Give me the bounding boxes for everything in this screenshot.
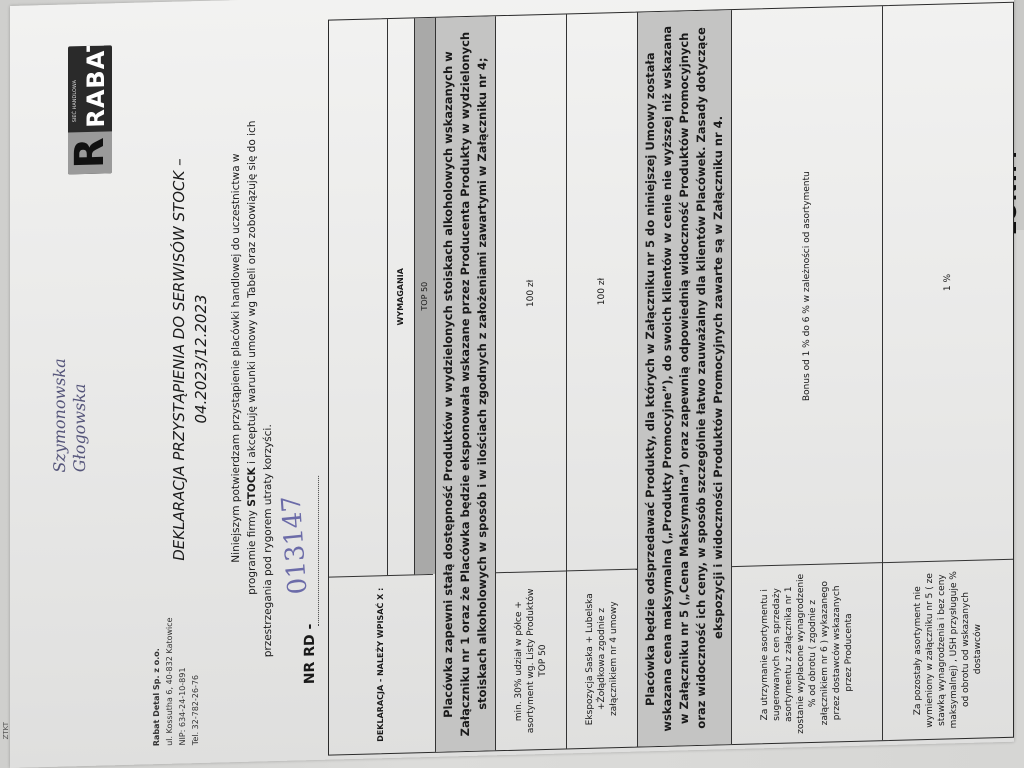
intro-line2: programie firmy STOCK i akceptuję warunk… bbox=[244, 57, 260, 657]
section1-text: Placówka zapewni stałą dostępność Produk… bbox=[436, 16, 495, 752]
company-phone: Tel. 32-782-26-76 bbox=[189, 617, 202, 746]
rotated-document: R SIEĆ HANDLOWA RABAT Rabat Detal Sp. z … bbox=[10, 0, 1010, 768]
intro-line2-post: i akceptuję warunki umowy wg Tabeli oraz… bbox=[246, 120, 258, 467]
handwritten-name-line2: Głogowska bbox=[70, 358, 90, 473]
logo-tagline: SIEĆ HANDLOWA bbox=[72, 80, 78, 122]
table-header-row: DEKLARACJA - NALEŻY WPISAĆ X : WYMAGANIA… bbox=[329, 18, 436, 755]
intro-line1: Niniejszym potwierdzam przystąpienie pla… bbox=[228, 58, 244, 658]
rabat-logo: R SIEĆ HANDLOWA RABAT bbox=[68, 45, 112, 174]
row-label: Ekspozycja Saska + Lubelska +Żołądkowa z… bbox=[567, 569, 637, 749]
header-declaration: DEKLARACJA - NALEŻY WPISAĆ X : bbox=[329, 574, 433, 755]
header-top50: TOP 50 bbox=[415, 18, 435, 575]
handwritten-name: Szymonowska Głogowska bbox=[50, 358, 90, 473]
section2-text: Placówka będzie odsprzedawać Produkty, d… bbox=[638, 10, 731, 746]
section2-row: Placówka będzie odsprzedawać Produkty, d… bbox=[638, 10, 732, 746]
intro-line3: przestrzegania pod rygorem utraty korzyś… bbox=[260, 57, 276, 657]
company-name: Rabat Detal Sp. z o.o. bbox=[152, 648, 161, 746]
intro-paragraph: Niniejszym potwierdzam przystąpienie pla… bbox=[228, 57, 276, 658]
table-row: Ekspozycja Saska + Lubelska +Żołądkowa z… bbox=[567, 13, 638, 749]
row-value: Bonus od 1 % do 6 % w zależności od asor… bbox=[732, 6, 882, 566]
company-info: Rabat Detal Sp. z o.o. ul. Kossutha 6, 4… bbox=[150, 617, 202, 747]
logo-brand: RABAT bbox=[82, 45, 110, 128]
edge-text: ZTKT bbox=[2, 722, 10, 739]
requirements-table: DEKLARACJA - NALEŻY WPISAĆ X : WYMAGANIA… bbox=[328, 2, 1014, 756]
header-right: WYMAGANIA TOP 50 bbox=[329, 18, 435, 577]
header-blank-cell bbox=[329, 19, 388, 577]
row-value: 100 zł bbox=[567, 13, 637, 571]
table-row: Za pozostały asortyment nie wymieniony w… bbox=[883, 3, 1013, 740]
section1-row: Placówka zapewni stałą dostępność Produk… bbox=[436, 16, 496, 752]
row-label: Za utrzymanie asortymentu i sugerowanych… bbox=[732, 562, 882, 744]
title-line1: DEKLARACJA PRZYSTĄPIENIA DO SERWISÓW STO… bbox=[168, 119, 190, 600]
row-label: min. 30% udział w półce + asortyment wg.… bbox=[496, 570, 566, 750]
intro-line2-bold: STOCK bbox=[246, 467, 258, 507]
row-label: Za pozostały asortyment nie wymieniony w… bbox=[883, 559, 1013, 740]
company-address: ul. Kossutha 6, 40-832 Katowice bbox=[163, 617, 176, 746]
table-row: Za utrzymanie asortymentu i sugerowanych… bbox=[732, 6, 883, 744]
nr-rd-label: NR RD - bbox=[302, 623, 318, 684]
handwritten-name-line1: Szymonowska bbox=[50, 358, 70, 473]
row-value: 100 zł bbox=[496, 14, 566, 572]
document-title: DEKLARACJA PRZYSTĄPIENIA DO SERWISÓW STO… bbox=[168, 119, 212, 600]
header-requirements: WYMAGANIA bbox=[388, 18, 415, 575]
intro-line2-pre: programie firmy bbox=[246, 507, 258, 595]
document-page: R SIEĆ HANDLOWA RABAT Rabat Detal Sp. z … bbox=[10, 0, 1014, 768]
title-line2: 04.2023/12.2023 bbox=[190, 119, 212, 600]
table-row: min. 30% udział w półce + asortyment wg.… bbox=[496, 14, 567, 750]
logo-r-icon: R bbox=[68, 131, 112, 174]
company-nip: NIP: 634-24-10-891 bbox=[176, 617, 189, 746]
row-value: 1 % bbox=[883, 3, 1013, 562]
